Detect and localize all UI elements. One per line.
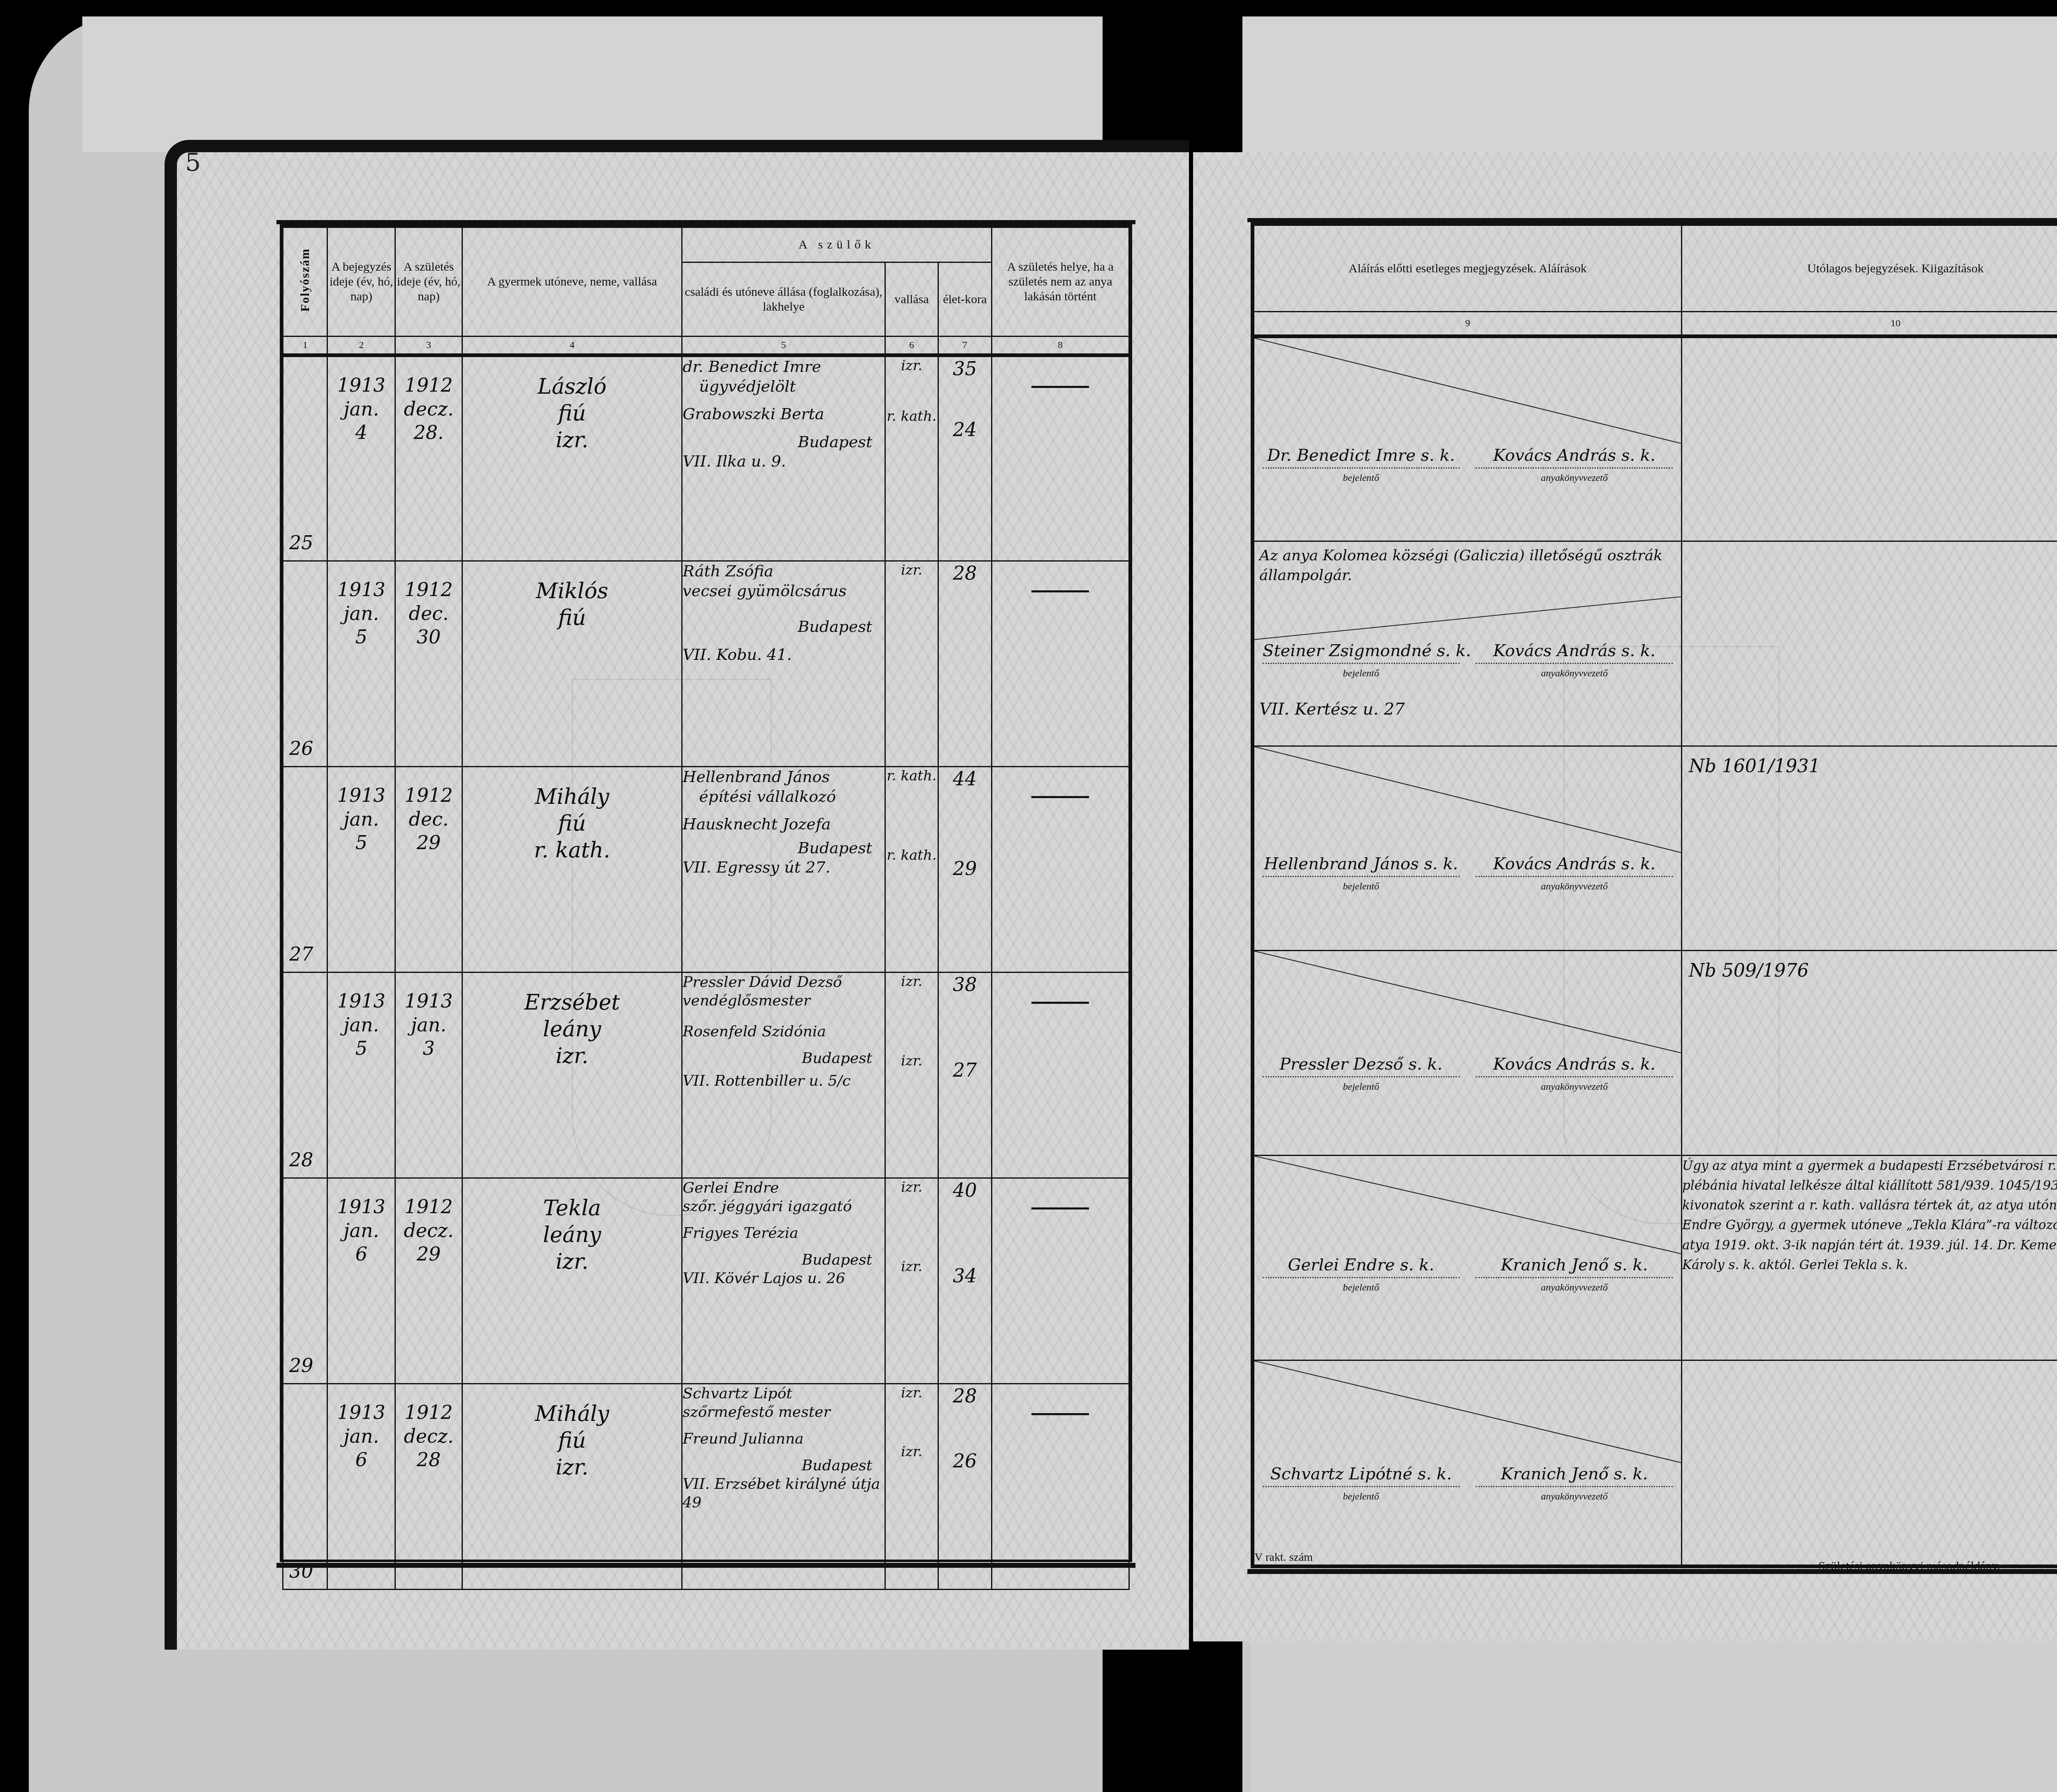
parents-cell: Schvartz Lipót szőrmefestő mester Freund… xyxy=(682,1384,885,1590)
table-row: 25 1913jan.4 1912decz.28. Lászlófiúizr. … xyxy=(283,355,1129,561)
reporter-signature: Dr. Benedict Imre s. k. xyxy=(1263,445,1460,469)
table-row: 27 1913jan.5 1912dec.29 Mihályfiúr. kath… xyxy=(283,767,1129,973)
later-entry-cell: Nb 509/1976 xyxy=(1682,951,2057,1156)
parents-cell: dr. Benedict Imre ügyvédjelölt Grabowszk… xyxy=(682,355,885,561)
dash-mark xyxy=(1031,1002,1089,1004)
strike-line xyxy=(1254,951,1681,1155)
strike-line xyxy=(1254,747,1681,950)
parents-cell: Gerlei Endre szőr. jéggyári igazgató Fri… xyxy=(682,1178,885,1384)
col-number: 10 xyxy=(1682,312,2057,337)
signature-cell: Schvartz Lipótné s. k.bejelentő Kranich … xyxy=(1254,1360,1682,1565)
serial-cell: 28 xyxy=(283,973,327,1178)
child-cell: Mihályfiúizr. xyxy=(462,1384,682,1590)
birth-date-cell: 1912dec.29 xyxy=(395,767,462,973)
entry-date-cell: 1913jan.6 xyxy=(327,1178,395,1384)
header-parents-group: A szülők xyxy=(682,227,991,262)
registrar-signature: Kranich Jenő s. k. xyxy=(1476,1255,1673,1278)
birth-date-cell: 1912dec.30 xyxy=(395,561,462,767)
table-row: 30 1913jan.6 1912decz.28 Mihályfiúizr. S… xyxy=(283,1384,1129,1590)
parents-cell: Ráth Zsófia vecsei gyümölcsárus Budapest… xyxy=(682,561,885,767)
reporter-signature: Schvartz Lipótné s. k. xyxy=(1263,1464,1460,1487)
dash-mark xyxy=(1031,1207,1089,1209)
child-cell: Teklaleányizr. xyxy=(462,1178,682,1384)
right-page: 5 Aláírás előtti esetleges megjegyzések.… xyxy=(1193,152,2057,1641)
table-row: Dr. Benedict Imre s. k.bejelentő Kovács … xyxy=(1254,337,2057,541)
register-table-left: Folyószám A bejegyzés ideje (év, hó, nap… xyxy=(282,227,1130,1590)
table-row: Hellenbrand János s. k.bejelentő Kovács … xyxy=(1254,746,2057,951)
header-entry-date: A bejegyzés ideje (év, hó, nap) xyxy=(327,227,395,337)
register-form-left: Folyószám A bejegyzés ideje (év, hó, nap… xyxy=(280,224,1132,1562)
col-number: 5 xyxy=(682,337,885,355)
reporter-signature: Pressler Dezső s. k. xyxy=(1263,1054,1460,1077)
right-leaf-edge xyxy=(1242,16,2057,152)
religion-cell: r. kath.r. kath. xyxy=(885,767,938,973)
registrar-signature: Kovács András s. k. xyxy=(1476,641,1673,664)
col-number: 3 xyxy=(395,337,462,355)
religion-cell: izr.izr. xyxy=(885,1384,938,1590)
reference-number: Nb 509/1976 xyxy=(1682,951,2057,990)
reporter-signature: Gerlei Endre s. k. xyxy=(1263,1255,1460,1278)
table-row: Az anya Kolomea községi (Galiczia) illet… xyxy=(1254,541,2057,746)
register-form-right: Aláírás előtti esetleges megjegyzések. A… xyxy=(1251,222,2057,1568)
child-cell: Mihályfiúr. kath. xyxy=(462,767,682,973)
birth-place-cell xyxy=(991,1384,1129,1590)
signature-cell: Az anya Kolomea községi (Galiczia) illet… xyxy=(1254,541,1682,746)
later-entry-cell: Úgy az atya mint a gyermek a budapesti E… xyxy=(1682,1156,2057,1360)
parents-cell: Hellenbrand János építési vállalkozó Hau… xyxy=(682,767,885,973)
header-parent-name: családi és utóneve állása (foglalkozása)… xyxy=(682,262,885,337)
strike-line xyxy=(1254,1361,1681,1565)
left-page: 5 Folyószám A bejegyzés ideje (év, hó, n… xyxy=(165,140,1189,1650)
serial-cell: 30 xyxy=(283,1384,327,1590)
birth-place-cell xyxy=(991,1178,1129,1384)
header-remarks-signatures: Aláírás előtti esetleges megjegyzések. A… xyxy=(1254,225,1682,312)
table-row: 29 1913jan.6 1912decz.29 Teklaleányizr. … xyxy=(283,1178,1129,1384)
strike-line xyxy=(1254,338,1681,541)
registrar-signature: Kovács András s. k. xyxy=(1476,1054,1673,1077)
child-cell: Lászlófiúizr. xyxy=(462,355,682,561)
child-cell: Erzsébetleányizr. xyxy=(462,973,682,1178)
register-copy-title: Születési anyakönyvi másodpéldány. xyxy=(1818,1559,2000,1573)
serial-cell: 26 xyxy=(283,561,327,767)
dash-mark xyxy=(1031,796,1089,798)
registrar-signature: Kranich Jenő s. k. xyxy=(1476,1464,1673,1487)
col-number: 1 xyxy=(283,337,327,355)
serial-cell: 29 xyxy=(283,1178,327,1384)
age-cell: 2826 xyxy=(938,1384,991,1590)
table-row: Schvartz Lipótné s. k.bejelentő Kranich … xyxy=(1254,1360,2057,1565)
storage-number-label: IV rakt. szám xyxy=(1251,1551,1313,1564)
age-cell: 3524 xyxy=(938,355,991,561)
later-entry-cell: Nb 1601/1931 xyxy=(1682,746,2057,951)
registrar-signature: Kovács András s. k. xyxy=(1476,854,1673,877)
table-row: Gerlei Endre s. k.bejelentő Kranich Jenő… xyxy=(1254,1156,2057,1360)
signature-cell: Pressler Dezső s. k.bejelentő Kovács And… xyxy=(1254,951,1682,1156)
header-child: A gyermek utóneve, neme, vallása xyxy=(462,227,682,337)
col-number: 6 xyxy=(885,337,938,355)
entry-date-cell: 1913jan.5 xyxy=(327,561,395,767)
left-leaf-edge xyxy=(82,16,1103,152)
age-cell: 4034 xyxy=(938,1178,991,1384)
dash-mark xyxy=(1031,386,1089,388)
table-row: Pressler Dezső s. k.bejelentő Kovács And… xyxy=(1254,951,2057,1156)
age-cell: 28 xyxy=(938,561,991,767)
right-page-base xyxy=(1251,1637,2057,1792)
table-row: 26 1913jan.5 1912dec.30 Miklósfiú Ráth Z… xyxy=(283,561,1129,767)
dash-mark xyxy=(1031,1413,1089,1415)
entry-date-cell: 1913jan.4 xyxy=(327,355,395,561)
register-table-right: Aláírás előtti esetleges megjegyzések. A… xyxy=(1253,225,2057,1566)
birth-date-cell: 1912decz.29 xyxy=(395,1178,462,1384)
col-number: 8 xyxy=(991,337,1129,355)
header-birth-date: A születés ideje (év, hó, nap) xyxy=(395,227,462,337)
age-cell: 3827 xyxy=(938,973,991,1178)
header-age: élet-kora xyxy=(938,262,991,337)
header-later-entries: Utólagos bejegyzések. Kiigazítások xyxy=(1682,225,2057,312)
reporter-address: VII. Kertész u. 27 xyxy=(1259,698,1676,720)
birth-place-cell xyxy=(991,355,1129,561)
reporter-signature: Steiner Zsigmondné s. k. xyxy=(1263,641,1460,664)
header-birth-place: A születés helye, ha a születés nem az a… xyxy=(991,227,1129,337)
entry-date-cell: 1913jan.5 xyxy=(327,767,395,973)
later-entry-cell xyxy=(1682,1360,2057,1565)
serial-cell: 27 xyxy=(283,767,327,973)
table-row: 28 1913jan.5 1913jan.3 Erzsébetleányizr.… xyxy=(283,973,1129,1178)
header-religion: vallása xyxy=(885,262,938,337)
later-entry-cell xyxy=(1682,541,2057,746)
signature-cell: Gerlei Endre s. k.bejelentő Kranich Jenő… xyxy=(1254,1156,1682,1360)
entry-date-cell: 1913jan.5 xyxy=(327,973,395,1178)
birth-date-cell: 1912decz.28 xyxy=(395,1384,462,1590)
birth-place-cell xyxy=(991,973,1129,1178)
dash-mark xyxy=(1031,590,1089,592)
col-number: 2 xyxy=(327,337,395,355)
religion-cell: izr. xyxy=(885,561,938,767)
signature-cell: Dr. Benedict Imre s. k.bejelentő Kovács … xyxy=(1254,337,1682,541)
serial-cell: 25 xyxy=(283,355,327,561)
age-cell: 4429 xyxy=(938,767,991,973)
col-number: 9 xyxy=(1254,312,1682,337)
header-serial-number: Folyószám xyxy=(283,227,327,337)
later-entry-cell xyxy=(1682,337,2057,541)
religion-cell: izr.izr. xyxy=(885,973,938,1178)
registrar-signature: Kovács András s. k. xyxy=(1476,445,1673,469)
birth-date-cell: 1913jan.3 xyxy=(395,973,462,1178)
religion-cell: izr.izr. xyxy=(885,1178,938,1384)
religion-cell: izr.r. kath. xyxy=(885,355,938,561)
birth-place-cell xyxy=(991,767,1129,973)
child-cell: Miklósfiú xyxy=(462,561,682,767)
parents-cell: Pressler Dávid Dezső vendéglősmester Ros… xyxy=(682,973,885,1178)
reference-number: Nb 1601/1931 xyxy=(1682,747,2057,786)
birth-place-cell xyxy=(991,561,1129,767)
left-page-mark: 5 xyxy=(185,148,201,177)
birth-date-cell: 1912decz.28. xyxy=(395,355,462,561)
signature-cell: Hellenbrand János s. k.bejelentő Kovács … xyxy=(1254,746,1682,951)
col-number: 4 xyxy=(462,337,682,355)
col-number: 7 xyxy=(938,337,991,355)
reporter-signature: Hellenbrand János s. k. xyxy=(1263,854,1460,877)
entry-date-cell: 1913jan.6 xyxy=(327,1384,395,1590)
